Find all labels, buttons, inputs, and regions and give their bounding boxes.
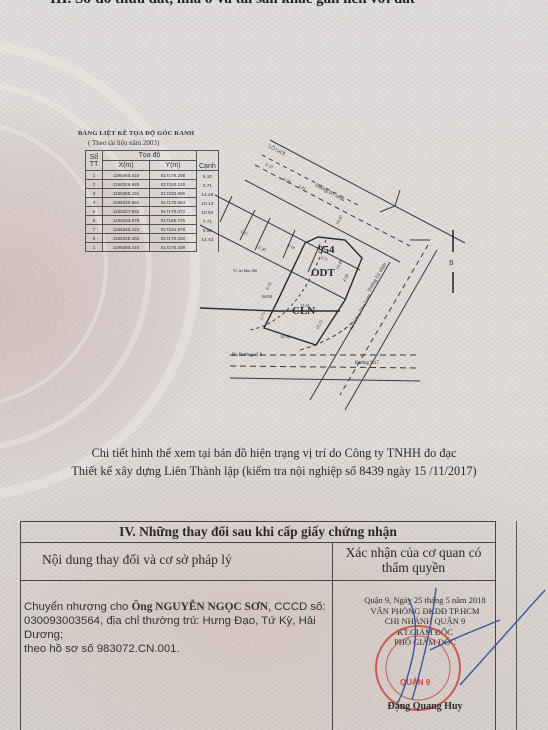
- stamp-and-signature: QUẬN 9: [0, 0, 548, 730]
- official-stamp-icon: QUẬN 9: [376, 626, 460, 710]
- signer-name: Đặng Quang Huy: [350, 701, 500, 712]
